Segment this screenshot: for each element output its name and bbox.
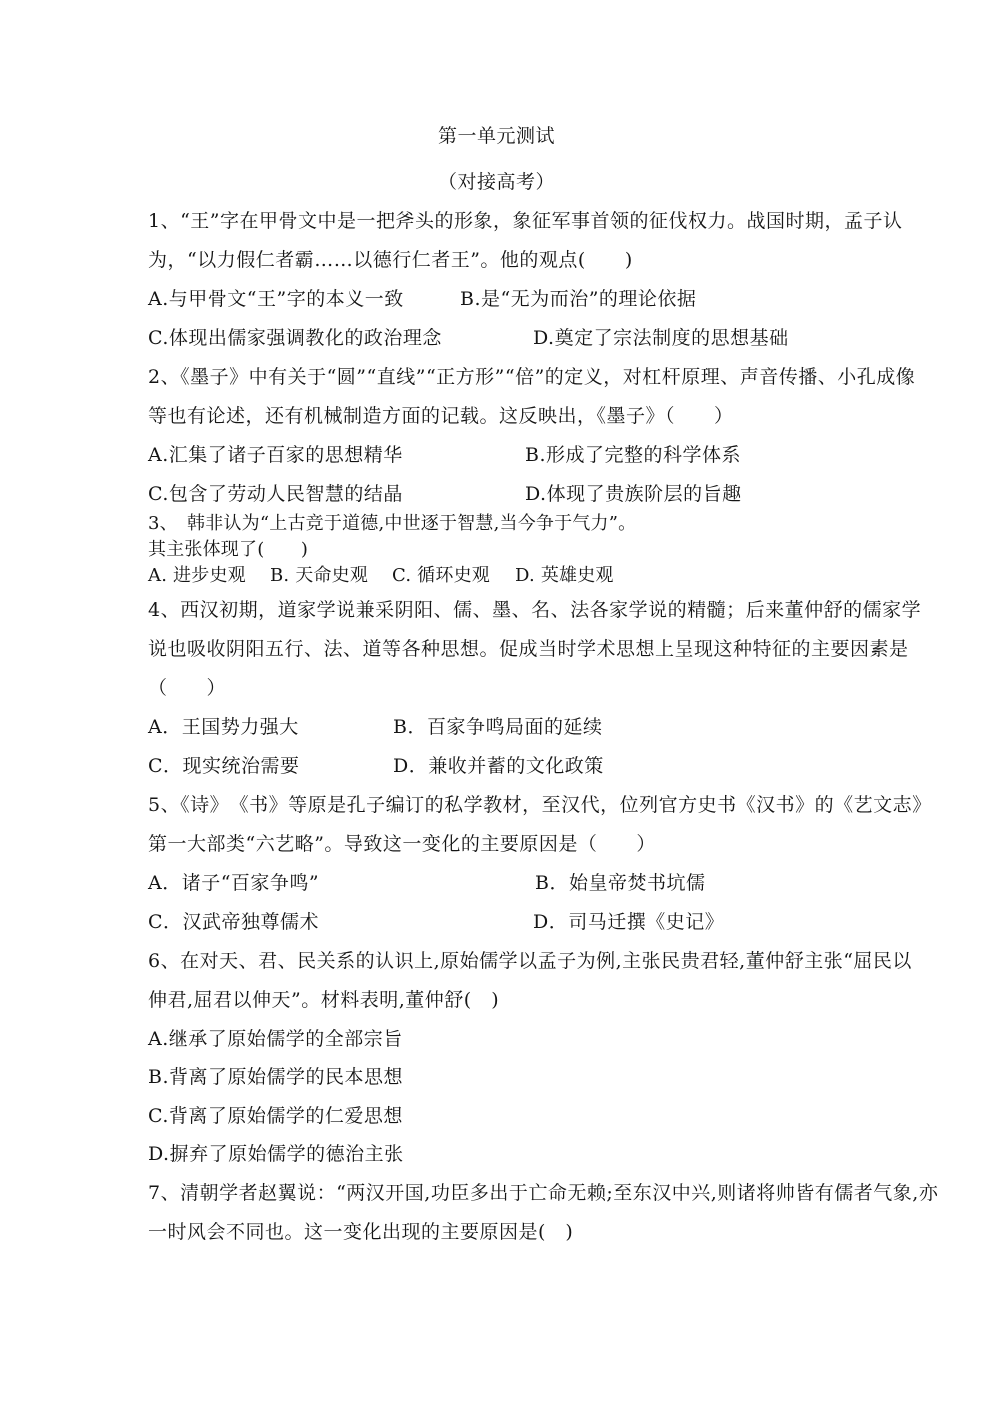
q6-option-c: C.背离了原始儒学的仁爱思想 [148,1104,403,1128]
q7-stem-line-2: 一时风会不同也。这一变化出现的主要原因是( ) [148,1220,573,1244]
q6-stem-line-2: 伸君,屈君以伸天”。材料表明,董仲舒( ) [148,988,499,1012]
q1-option-a: A.与甲骨文“王”字的本义一致 [148,287,404,311]
q1-stem-line-2: 为，“以力假仁者霸……以德行仁者王”。他的观点( ) [148,248,633,272]
q4-stem-line-3: （ ） [148,676,226,700]
q5-option-a: A．诸子“百家争鸣” [148,871,319,895]
q4-option-a: A．王国势力强大 [148,715,299,739]
q4-option-c: C．现实统治需要 [148,754,300,778]
q6-option-a: A.继承了原始儒学的全部宗旨 [148,1027,403,1051]
q4-stem-line-1: 4、西汉初期，道家学说兼采阴阳、儒、墨、名、法各家学说的精髓；后来董仲舒的儒家学 [148,598,921,622]
q3-stem-line-2: 其主张体现了( ) [148,538,308,562]
q4-option-d: D．兼收并蓄的文化政策 [393,754,604,778]
q3-option-d: D. 英雄史观 [515,564,614,588]
doc-subtitle: （对接高考） [0,170,993,194]
q5-option-d: D．司马迁撰《史记》 [533,910,724,934]
document-page: 第一单元测试 （对接高考） 1、“王”字在甲骨文中是一把斧头的形象，象征军事首领… [0,0,993,1404]
q5-option-c: C．汉武帝独尊儒术 [148,910,319,934]
q5-stem-line-2: 第一大部类“六艺略”。导致这一变化的主要原因是（ ） [148,832,656,856]
doc-title: 第一单元测试 [0,124,993,148]
q2-option-d: D.体现了贵族阶层的旨趣 [525,482,742,506]
q6-option-b: B.背离了原始儒学的民本思想 [148,1065,403,1089]
q3-stem-line-1: 3、 韩非认为“上古竞于道德,中世逐于智慧,当今争于气力”。 [148,512,636,536]
q2-option-c: C.包含了劳动人民智慧的结晶 [148,482,403,506]
q2-option-b: B.形成了完整的科学体系 [525,443,741,467]
q1-option-b: B.是“无为而治”的理论依据 [460,287,696,311]
q2-stem-line-2: 等也有论述，还有机械制造方面的记载。这反映出，《墨子》（ ） [148,404,734,428]
q4-option-b: B．百家争鸣局面的延续 [393,715,602,739]
q1-stem-line-1: 1、“王”字在甲骨文中是一把斧头的形象，象征军事首领的征伐权力。战国时期，孟子认 [148,209,903,233]
q1-option-d: D.奠定了宗法制度的思想基础 [533,326,789,350]
q5-option-b: B．始皇帝焚书坑儒 [535,871,705,895]
q4-stem-line-2: 说也吸收阴阳五行、法、道等各种思想。促成当时学术思想上呈现这种特征的主要因素是 [148,637,909,661]
q5-stem-line-1: 5、《诗》 《书》等原是孔子编订的私学教材，至汉代，位列官方史书《汉书》的《艺文… [148,793,932,817]
q1-option-c: C.体现出儒家强调教化的政治理念 [148,326,442,350]
q6-option-d: D.摒弃了原始儒学的德治主张 [148,1142,404,1166]
q2-option-a: A.汇集了诸子百家的思想精华 [148,443,403,467]
q7-stem-line-1: 7、清朝学者赵翼说：“两汉开国,功臣多出于亡命无赖;至东汉中兴,则诸将帅皆有儒者… [148,1181,938,1205]
q3-option-c: C. 循环史观 [392,564,490,588]
q3-option-a: A. 进步史观 [148,564,246,588]
q6-stem-line-1: 6、在对天、君、民关系的认识上,原始儒学以孟子为例,主张民贵君轻,董仲舒主张“屈… [148,949,912,973]
q3-option-b: B. 天命史观 [270,564,368,588]
q2-stem-line-1: 2、《墨子》中有关于“圆”“直线”“正方形”“倍”的定义，对杠杆原理、声音传播、… [148,365,915,389]
